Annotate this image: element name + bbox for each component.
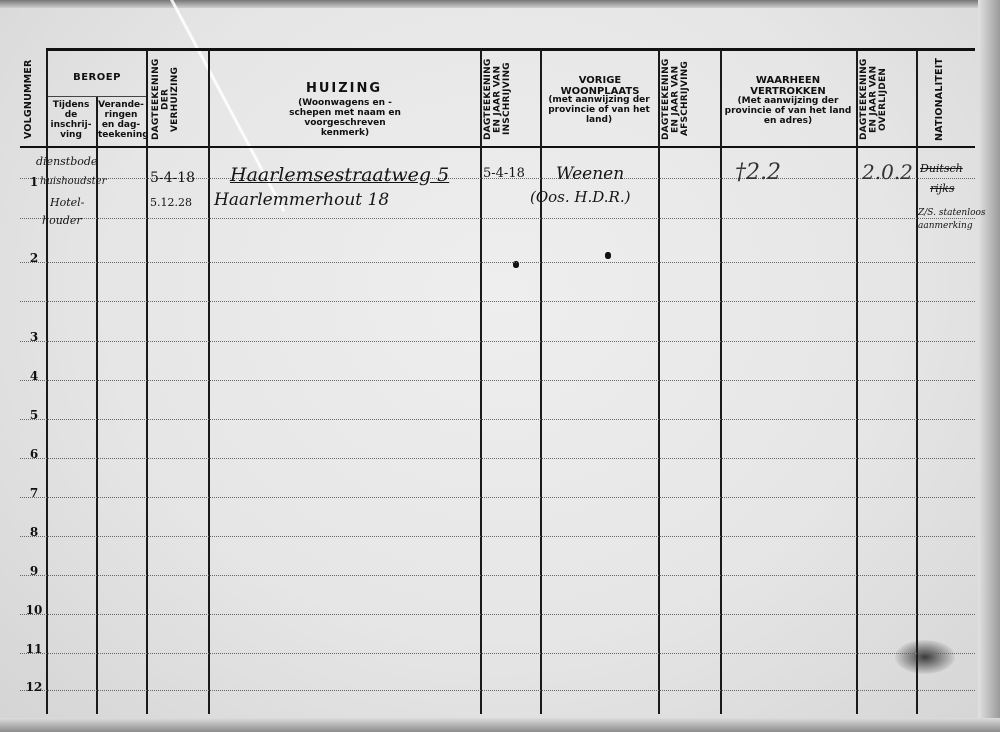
entry-waarheen-vertrokken: †2.2 [735, 160, 781, 185]
header-beroep-tijdens: Tijdens de inschrij-ving [48, 101, 94, 141]
row-line [20, 218, 975, 219]
row-number: 12 [22, 680, 46, 694]
row-number: 6 [22, 447, 46, 461]
header-dagteekening-overlijden: DAGTEEKENING EN JAAR VAN OVERLIJDEN [860, 54, 912, 144]
entry-beroep-line: houder [42, 214, 82, 227]
row-number: 11 [22, 642, 46, 656]
row-number: 10 [22, 603, 46, 617]
header-waarheen-subtitle: (Met aanwijzing der provincie of van het… [724, 97, 852, 127]
scan-edge-right [978, 0, 1000, 732]
header-volgnummer: VOLGNUMMER [24, 56, 42, 142]
row-line [20, 653, 975, 654]
entry-beroep-line: dienstbode [36, 155, 97, 168]
entry-nationaliteit: aanmerking [918, 221, 973, 231]
row-line [20, 341, 975, 342]
header-beroep-veranderingen: Verande-ringen en dag-teekening [98, 101, 144, 141]
row-line [20, 419, 975, 420]
scan-edge-bottom [0, 718, 1000, 732]
row-line [20, 536, 975, 537]
entry-verhuizing-date: 5.12.28 [150, 196, 192, 209]
header-huizing: HUIZING [210, 82, 478, 96]
registration-card: VOLGNUMMER BEROEP Tijdens de inschrij-vi… [0, 0, 1000, 732]
entry-nationaliteit-struck: Duitsch [920, 162, 963, 175]
row-number: 4 [22, 369, 46, 383]
column-divider [96, 97, 98, 714]
row-line [20, 301, 975, 302]
entry-vorige-woonplaats-note: (Oos. H.D.R.) [530, 188, 630, 206]
row-number: 9 [22, 564, 46, 578]
row-number: 8 [22, 525, 46, 539]
header-huizing-subtitle: (Woonwagens en -schepen met naam en voor… [280, 99, 410, 139]
entry-inschrijving-date: 5-4-18 [483, 166, 525, 181]
entry-overlijden: 2.0.2 [862, 160, 913, 184]
row-number: 5 [22, 408, 46, 422]
row-line [20, 458, 975, 459]
header-vorige-woonplaats: VORIGE WOONPLAATS [560, 75, 640, 97]
row-line [20, 690, 975, 691]
entry-huizing-struck: Haarlemsestraatweg 5 [230, 164, 449, 186]
header-nationaliteit: NATIONALITEIT [935, 54, 955, 144]
ink-stain [895, 640, 955, 674]
row-number: 3 [22, 330, 46, 344]
row-line [20, 262, 975, 263]
header-dagteekening-verhuizing: DAGTEEKENING DER VERHUIZING [152, 55, 202, 143]
header-bottom-rule [20, 146, 975, 148]
ink-speck [605, 252, 611, 259]
header-dagteekening-afschrijving: DAGTEEKENING EN JAAR VAN AFSCHRIJVING [662, 54, 716, 144]
entry-verhuizing-date: 5-4-18 [150, 170, 195, 186]
row-number: 2 [22, 251, 46, 265]
header-dagteekening-inschrijving: DAGTEEKENING EN JAAR VAN INSCHRIJVING [484, 54, 536, 144]
entry-vorige-woonplaats: Weenen [556, 164, 624, 184]
header-top-rule [46, 48, 975, 51]
row-line [20, 575, 975, 576]
row-line [20, 614, 975, 615]
row-number: 7 [22, 486, 46, 500]
row-line [20, 497, 975, 498]
entry-beroep-line: huishoudster [40, 176, 106, 187]
entry-nationaliteit-struck: rijks [930, 182, 955, 195]
entry-huizing: Haarlemmerhout 18 [214, 190, 389, 210]
entry-beroep-line: Hotel- [50, 196, 84, 209]
entry-nationaliteit: Z/S. statenloos [918, 208, 986, 218]
header-waarheen-vertrokken: WAARHEEN VERTROKKEN [735, 75, 841, 97]
header-beroep: BEROEP [48, 72, 146, 83]
header-vorige-woonplaats-subtitle: (met aanwijzing der provincie of van het… [545, 96, 653, 126]
row-line [20, 380, 975, 381]
scan-edge-top [0, 0, 1000, 8]
